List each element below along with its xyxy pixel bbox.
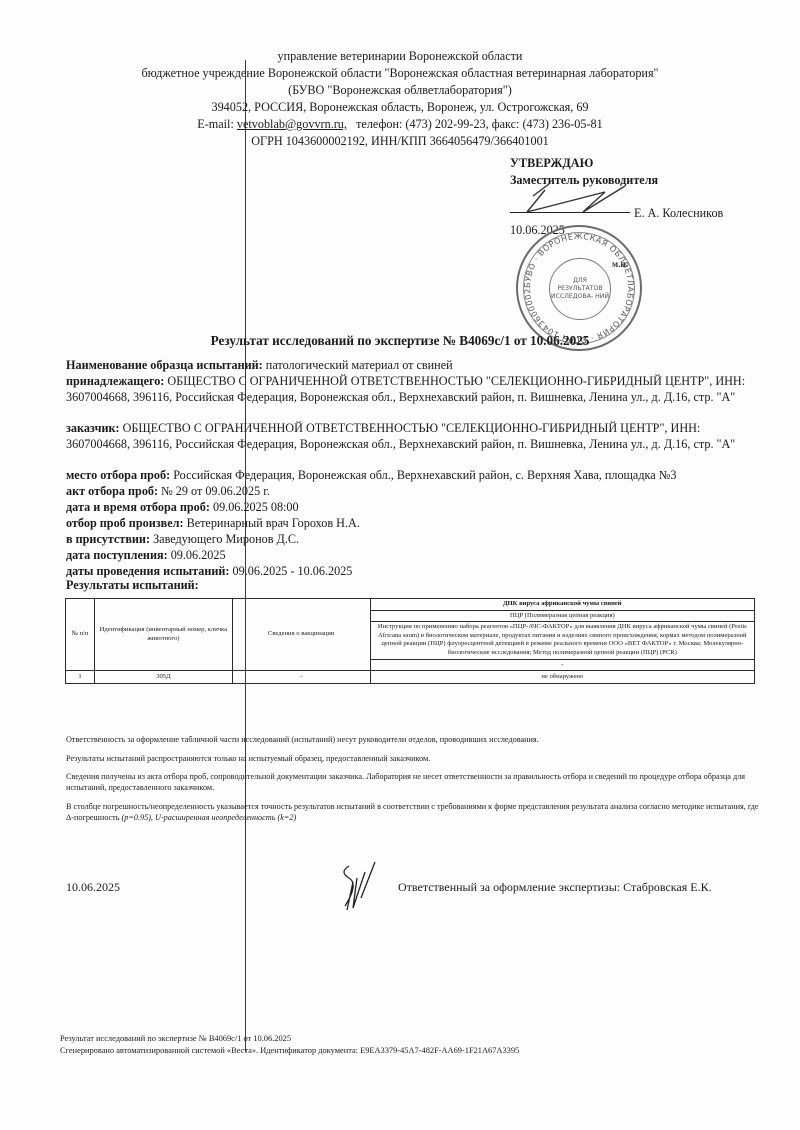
- field-owner: принадлежащего: ОБЩЕСТВО С ОГРАНИЧЕННОЙ …: [66, 374, 766, 406]
- header-vaccination: Сведения о вакцинации: [232, 599, 370, 671]
- note-uncertainty: В столбце погрешность/неопределенность у…: [66, 801, 766, 823]
- generated-footer: Результат исследований по экспертизе № В…: [60, 1033, 519, 1056]
- signoff-date: 10.06.2025: [66, 880, 120, 895]
- header-line-short-name: (БУВО "Воронежская облветлаборатория"): [0, 82, 800, 98]
- approval-heading: УТВЕРЖДАЮ: [510, 155, 593, 171]
- header-line-authority: управление ветеринарии Воронежской облас…: [0, 48, 800, 64]
- cell-num: 1: [66, 671, 95, 684]
- footer-document-id: Сгенерировано автоматизированной системо…: [60, 1045, 519, 1057]
- header-line-registration: ОГРН 1043600002192, ИНН/КПП 3664056479/3…: [0, 133, 800, 149]
- header-line-contacts: E-mail: vetvoblab@govvrn.ru, телефон: (4…: [0, 116, 800, 132]
- field-sampling-place: место отбора проб: Российская Федерация,…: [66, 468, 766, 484]
- signature-approver: [505, 180, 635, 216]
- email-label: E-mail:: [197, 117, 234, 131]
- header-uncertainty: -: [370, 659, 754, 671]
- field-sample-name: Наименование образца испытаний: патологи…: [66, 358, 766, 374]
- signature-line: [510, 212, 630, 213]
- approver-name: Е. А. Колесников: [634, 205, 723, 221]
- results-table: № п/п Идентификация (инвентарный номер, …: [65, 598, 755, 684]
- header-line-address: 394052, РОССИЯ, Воронежская область, Вор…: [0, 99, 800, 115]
- cell-result: не обнаружено: [370, 671, 754, 684]
- cell-identification: 305Д: [94, 671, 232, 684]
- header-method: ПЦР (Полимеразная цепная реакция): [370, 610, 754, 622]
- notes-section: Ответственность за оформление табличной …: [66, 734, 766, 830]
- table-row: 1 305Д - не обнаружено: [66, 671, 755, 684]
- stamp-inner-text: ДЛЯ РЕЗУЛЬТАТОВ ИССЛЕДОВА- НИЙ: [549, 258, 611, 320]
- note-scope: Результаты испытаний распространяются то…: [66, 753, 766, 764]
- header-test-name: ДНК вируса африканской чумы свиней: [370, 599, 754, 611]
- results-heading: Результаты испытаний:: [66, 578, 766, 594]
- note-source: Сведения получены из акта отбора проб, с…: [66, 771, 766, 793]
- document-title: Результат исследований по экспертизе № В…: [0, 333, 800, 349]
- cell-vaccination: -: [232, 671, 370, 684]
- footer-title: Результат исследований по экспертизе № В…: [60, 1033, 519, 1045]
- signature-responsible: [335, 858, 385, 913]
- field-sampling-datetime: дата и время отбора проб: 09.06.2025 08:…: [66, 500, 766, 516]
- phone-fax: телефон: (473) 202-99-23, факс: (473) 23…: [356, 117, 603, 131]
- note-responsibility: Ответственность за оформление табличной …: [66, 734, 766, 745]
- header-identification: Идентификация (инвентарный номер, кличка…: [94, 599, 232, 671]
- header-num: № п/п: [66, 599, 95, 671]
- field-sampled-by: отбор проб произвел: Ветеринарный врач Г…: [66, 516, 766, 532]
- signoff-responsible: Ответственный за оформление экспертизы: …: [398, 880, 712, 895]
- email-link[interactable]: vetvoblab@govvrn.ru,: [237, 117, 347, 131]
- stamp-mp-label: м.п.: [612, 259, 628, 269]
- field-received-date: дата поступления: 09.06.2025: [66, 548, 766, 564]
- field-sampling-act: акт отбора проб: № 29 от 09.06.2025 г.: [66, 484, 766, 500]
- header-line-institution: бюджетное учреждение Воронежской области…: [0, 65, 800, 81]
- header-instruction: Инструкция по применению набора реагенто…: [370, 622, 754, 659]
- field-customer: заказчик: ОБЩЕСТВО С ОГРАНИЧЕННОЙ ОТВЕТС…: [66, 421, 766, 453]
- field-presence: в присутствии: Заведующего Миронов Д.С.: [66, 532, 766, 548]
